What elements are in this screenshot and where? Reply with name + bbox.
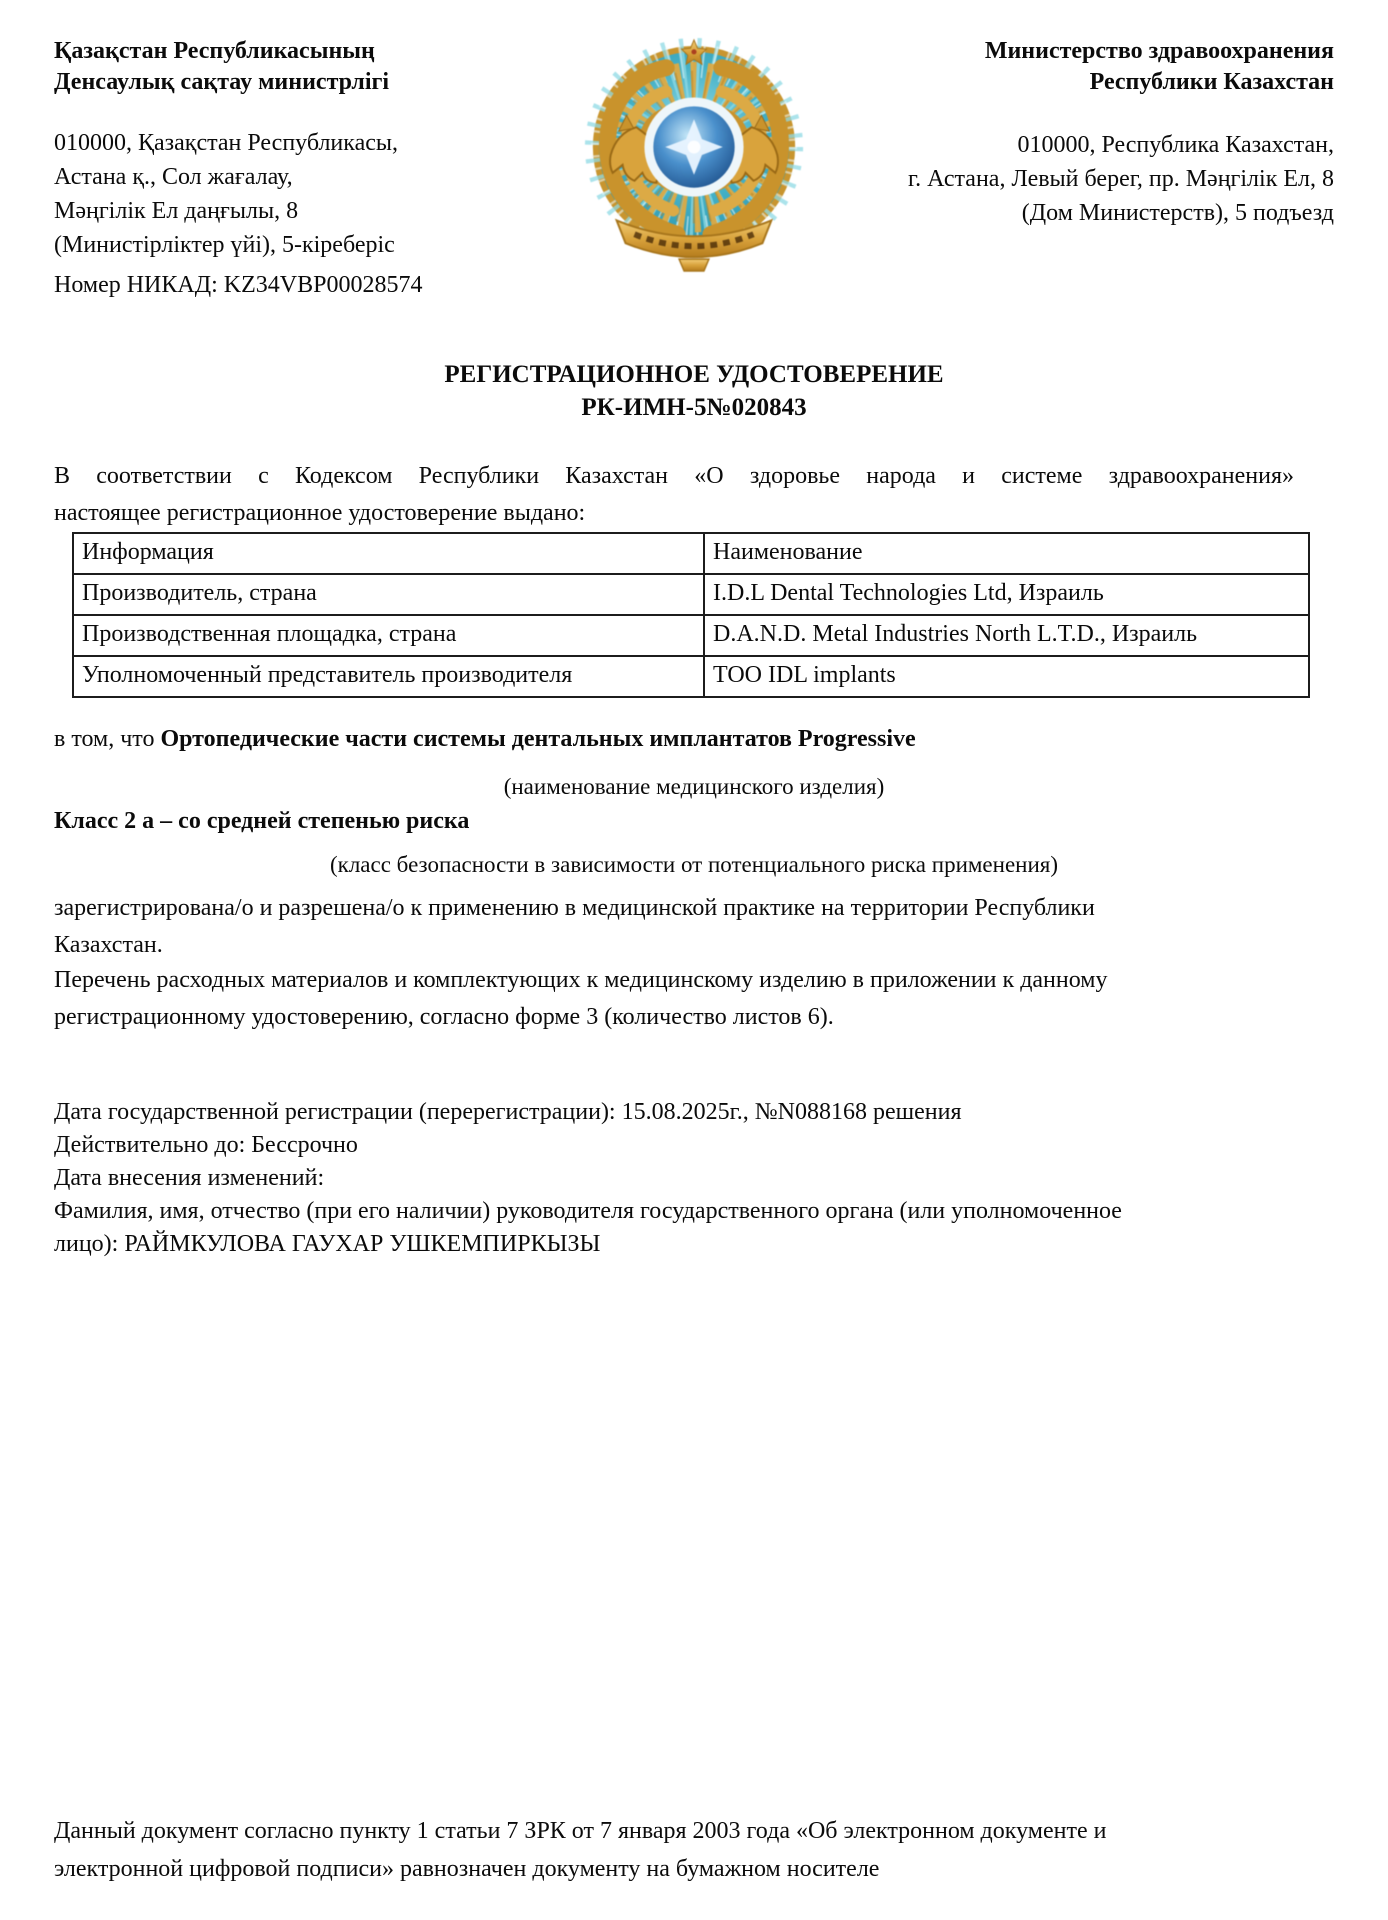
table-cell: Информация	[73, 533, 704, 574]
text-line: электронной цифровой подписи» равнозначе…	[54, 1850, 1344, 1888]
device-name-prefix: в том, что	[54, 726, 160, 752]
text-line: Казахстан.	[54, 927, 1294, 964]
device-name-line: в том, что Ортопедические части системы …	[54, 726, 1354, 753]
org-title-line: Министерство здравоохранения	[694, 36, 1334, 67]
official-name-line: Фамилия, имя, отчество (при его наличии)…	[54, 1195, 1344, 1228]
document-title-line: РЕГИСТРАЦИОННОЕ УДОСТОВЕРЕНИЕ	[0, 358, 1388, 391]
address-line: г. Астана, Левый берег, пр. Мәңгілік Ел,…	[694, 162, 1334, 196]
address-line: Астана қ., Сол жағалау,	[54, 160, 524, 194]
official-name-line: лицо): РАЙМКУЛОВА ГАУХАР УШКЕМПИРКЫЗЫ	[54, 1228, 1344, 1261]
address-line: 010000, Қазақстан Республикасы,	[54, 126, 524, 160]
intro-paragraph: В соответствии с Кодексом Республики Каз…	[54, 458, 1294, 532]
annex-paragraph: Перечень расходных материалов и комплект…	[54, 962, 1294, 1036]
table-row: Уполномоченный представитель производите…	[73, 656, 1309, 697]
text-line: Перечень расходных материалов и комплект…	[54, 962, 1294, 999]
text-line: зарегистрирована/о и разрешена/о к приме…	[54, 890, 1294, 927]
registered-paragraph: зарегистрирована/о и разрешена/о к приме…	[54, 890, 1294, 964]
text-line: настоящее регистрационное удостоверение …	[54, 495, 1294, 532]
text-line: В соответствии с Кодексом Республики Каз…	[54, 458, 1294, 495]
table-row: Производственная площадка, страна D.A.N.…	[73, 615, 1309, 656]
registration-date-line: Дата государственной регистрации (перере…	[54, 1096, 1344, 1129]
table-cell: Уполномоченный представитель производите…	[73, 656, 704, 697]
address-line: 010000, Республика Казахстан,	[694, 128, 1334, 162]
table-header-row: Информация Наименование	[73, 533, 1309, 574]
document-number: РК-ИМН-5№020843	[0, 391, 1388, 424]
text-line: регистрационному удостоверению, согласно…	[54, 999, 1294, 1036]
registration-details: Дата государственной регистрации (перере…	[54, 1096, 1344, 1261]
risk-class-line: Класс 2 а – со средней степенью риска	[54, 808, 1354, 835]
risk-class-caption: (класс безопасности в зависимости от пот…	[0, 852, 1388, 878]
legal-footer: Данный документ согласно пункту 1 статьи…	[54, 1812, 1344, 1888]
device-name-caption: (наименование медицинского изделия)	[0, 774, 1388, 800]
table-cell: Производственная площадка, страна	[73, 615, 704, 656]
table-cell: I.D.L Dental Technologies Ltd, Израиль	[704, 574, 1309, 615]
table-cell: Наименование	[704, 533, 1309, 574]
header-right-block: Министерство здравоохранения Республики …	[694, 36, 1334, 230]
amendment-date-line: Дата внесения изменений:	[54, 1162, 1344, 1195]
org-title-line: Денсаулық сақтау министрлігі	[54, 67, 524, 98]
org-title-kk: Қазақстан Республикасының Денсаулық сақт…	[54, 36, 524, 98]
document-title: РЕГИСТРАЦИОННОЕ УДОСТОВЕРЕНИЕ РК-ИМН-5№0…	[0, 358, 1388, 424]
device-name: Ортопедические части системы дентальных …	[160, 726, 915, 752]
org-title-line: Қазақстан Республикасының	[54, 36, 524, 67]
address-line: (Министірліктер үйі), 5-кіреберіс	[54, 228, 524, 262]
table-row: Производитель, страна I.D.L Dental Techn…	[73, 574, 1309, 615]
text-line: Данный документ согласно пункту 1 статьи…	[54, 1812, 1344, 1850]
registration-table: Информация Наименование Производитель, с…	[72, 532, 1310, 698]
nikad-number: Номер НИКАД: KZ34VBP00028574	[54, 272, 524, 299]
address-line: Мәңгілік Ел даңғылы, 8	[54, 194, 524, 228]
org-address-kk: 010000, Қазақстан Республикасы, Астана қ…	[54, 126, 524, 262]
document-page: Қазақстан Республикасының Денсаулық сақт…	[0, 0, 1388, 1920]
org-address-ru: 010000, Республика Казахстан, г. Астана,…	[694, 128, 1334, 230]
org-title-ru: Министерство здравоохранения Республики …	[694, 36, 1334, 98]
table-cell: Производитель, страна	[73, 574, 704, 615]
table-cell: D.A.N.D. Metal Industries North L.T.D., …	[704, 615, 1309, 656]
valid-until-line: Действительно до: Бессрочно	[54, 1129, 1344, 1162]
org-title-line: Республики Казахстан	[694, 67, 1334, 98]
header-left-block: Қазақстан Республикасының Денсаулық сақт…	[54, 36, 524, 299]
address-line: (Дом Министерств), 5 подъезд	[694, 196, 1334, 230]
table-cell: ТОО IDL implants	[704, 656, 1309, 697]
